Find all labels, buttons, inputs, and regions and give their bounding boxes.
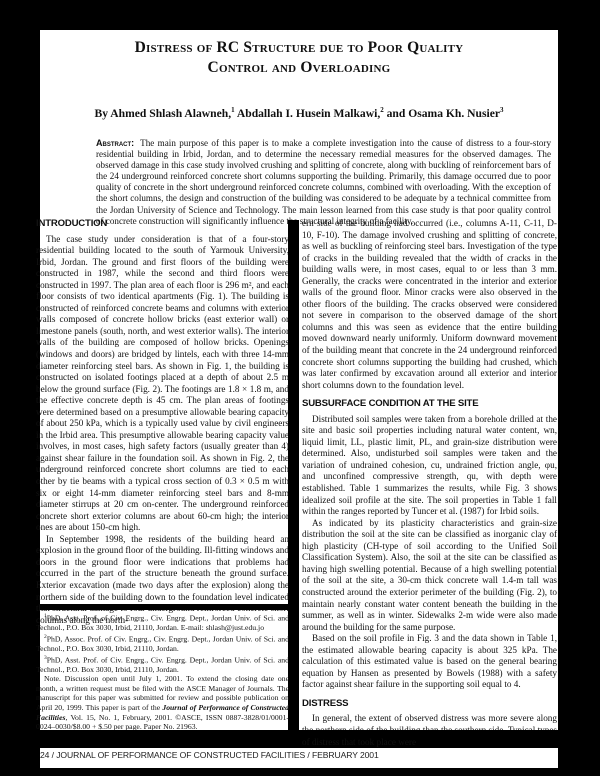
- paragraph: Distributed soil samples were taken from…: [302, 414, 557, 518]
- footnote-1: 1PhD, Asst. Prof. of Civ. Engrg., Civ. E…: [36, 612, 289, 633]
- footnote-2: 2PhD, Assoc. Prof. of Civ. Engrg., Civ. …: [36, 633, 289, 654]
- author-2: Abdallah I. Husein Malkawi,: [235, 107, 381, 120]
- author-1: Ahmed Shlash Alawneh,: [110, 107, 231, 120]
- right-column: ern side of the building had occurred (i…: [302, 218, 557, 748]
- note-text-b: , Vol. 15, No. 1, February, 2001. ©ASCE,…: [36, 713, 289, 732]
- title-line-2: Control and Overloading: [40, 58, 558, 78]
- page-bottom-bar: [40, 730, 558, 737]
- author-line: By Ahmed Shlash Alawneh,1 Abdallah I. Hu…: [40, 106, 558, 120]
- title-line-1: Distress of RC Structure due to Poor Qua…: [40, 38, 558, 58]
- section-heading-subsurface: SUBSURFACE CONDITION AT THE SITE: [302, 398, 557, 410]
- footer-text: 24 / JOURNAL OF PERFORMANCE OF CONSTRUCT…: [40, 750, 379, 760]
- abstract: Abstract:The main purpose of this paper …: [96, 138, 551, 227]
- section-heading-introduction: INTRODUCTION: [36, 218, 289, 230]
- footnote-separator-bar: [40, 604, 289, 610]
- column-gutter-bar: [288, 220, 299, 740]
- author-3: and Osama Kh. Nusier: [384, 107, 500, 120]
- paper-page: Distress of RC Structure due to Poor Qua…: [40, 30, 558, 736]
- section-heading-distress: DISTRESS: [302, 698, 557, 710]
- paragraph: As indicated by its plasticity character…: [302, 518, 557, 633]
- abstract-label: Abstract:: [96, 138, 134, 148]
- running-footer: 24 / JOURNAL OF PERFORMANCE OF CONSTRUCT…: [40, 748, 558, 768]
- paragraph: The case study under consideration is th…: [36, 234, 289, 534]
- footnote-3-text: PhD, Asst. Prof. of Civ. Engrg., Civ. En…: [36, 655, 289, 674]
- author-prefix: By: [95, 107, 111, 120]
- left-column: INTRODUCTION The case study under consid…: [36, 218, 289, 626]
- footnotes: 1PhD, Asst. Prof. of Civ. Engrg., Civ. E…: [36, 612, 289, 732]
- publication-note: Note. Discussion open until July 1, 2001…: [36, 674, 289, 732]
- author-3-affiliation: 3: [500, 106, 504, 114]
- paragraph: Based on the soil profile in Fig. 3 and …: [302, 633, 557, 691]
- paragraph: ern side of the building had occurred (i…: [302, 218, 557, 391]
- paper-title: Distress of RC Structure due to Poor Qua…: [40, 38, 558, 78]
- footnote-2-text: PhD, Assoc. Prof. of Civ. Engrg., Civ. E…: [36, 634, 289, 653]
- footnote-3: 3PhD, Asst. Prof. of Civ. Engrg., Civ. E…: [36, 654, 289, 675]
- footnote-1-text: PhD, Asst. Prof. of Civ. Engrg., Civ. En…: [36, 614, 289, 633]
- abstract-text: The main purpose of this paper is to mak…: [96, 138, 551, 226]
